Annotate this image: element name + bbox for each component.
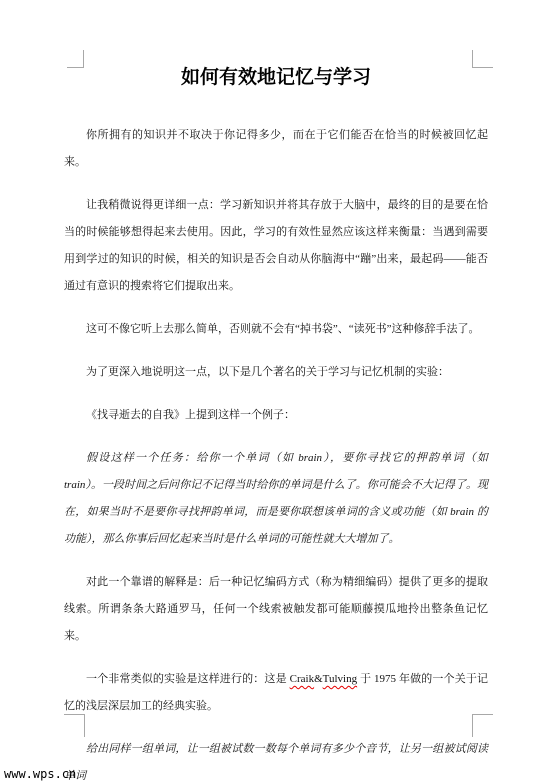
paragraph-syllable-task-quote: 给出同样一组单词，让一组被试数一数每个单词有多少个音节，让另一组被试阅读单词 [64,736,488,783]
paragraph-not-simple: 这可不像它听上去那么简单，否则就不会有“掉书袋”、“读死书”这种修辞手法了。 [64,316,488,343]
text-run: & [314,673,323,685]
text-run: 一个非常类似的实验是这样进行的：这是 [86,673,290,685]
paragraph-intro: 你所拥有的知识并不取决于你记得多少，而在于它们能否在恰当的时候被回忆起来。 [64,122,488,176]
margin-mark-bottom-right-icon [472,714,493,737]
paragraph-craik-tulving: 一个非常类似的实验是这样进行的：这是 Craik&Tulving 于 1975 … [64,666,488,720]
paragraph-experiments-lead-in: 为了更深入地说明这一点，以下是几个著名的关于学习与记忆机制的实验： [64,359,488,386]
document-page: 如何有效地记忆与学习 你所拥有的知识并不取决于你记得多少，而在于它们能否在恰当的… [0,0,551,783]
margin-mark-top-left-icon [67,50,84,68]
misspelled-word: Tulving [323,673,357,685]
document-body: 如何有效地记忆与学习 你所拥有的知识并不取决于你记得多少，而在于它们能否在恰当的… [0,0,551,783]
paragraph-explanation: 对此一个靠谱的解释是：后一种记忆编码方式（称为精细编码）提供了更多的提取线索。所… [64,569,488,650]
paragraph-detail: 让我稍微说得更详细一点：学习新知识并将其存放于大脑中，最终的目的是要在恰当的时候… [64,192,488,300]
wps-watermark: www.wps.cn [4,767,76,781]
paragraph-rhyme-task-quote: 假设这样一个任务：给你一个单词（如 brain），要你寻找它的押韵单词（如 tr… [64,445,488,553]
margin-mark-top-right-icon [472,50,493,68]
margin-mark-bottom-left-icon [64,714,85,737]
document-title: 如何有效地记忆与学习 [64,64,488,92]
misspelled-word: Craik [290,673,314,685]
paragraph-book-reference: 《找寻逝去的自我》上提到这样一个例子： [64,402,488,429]
